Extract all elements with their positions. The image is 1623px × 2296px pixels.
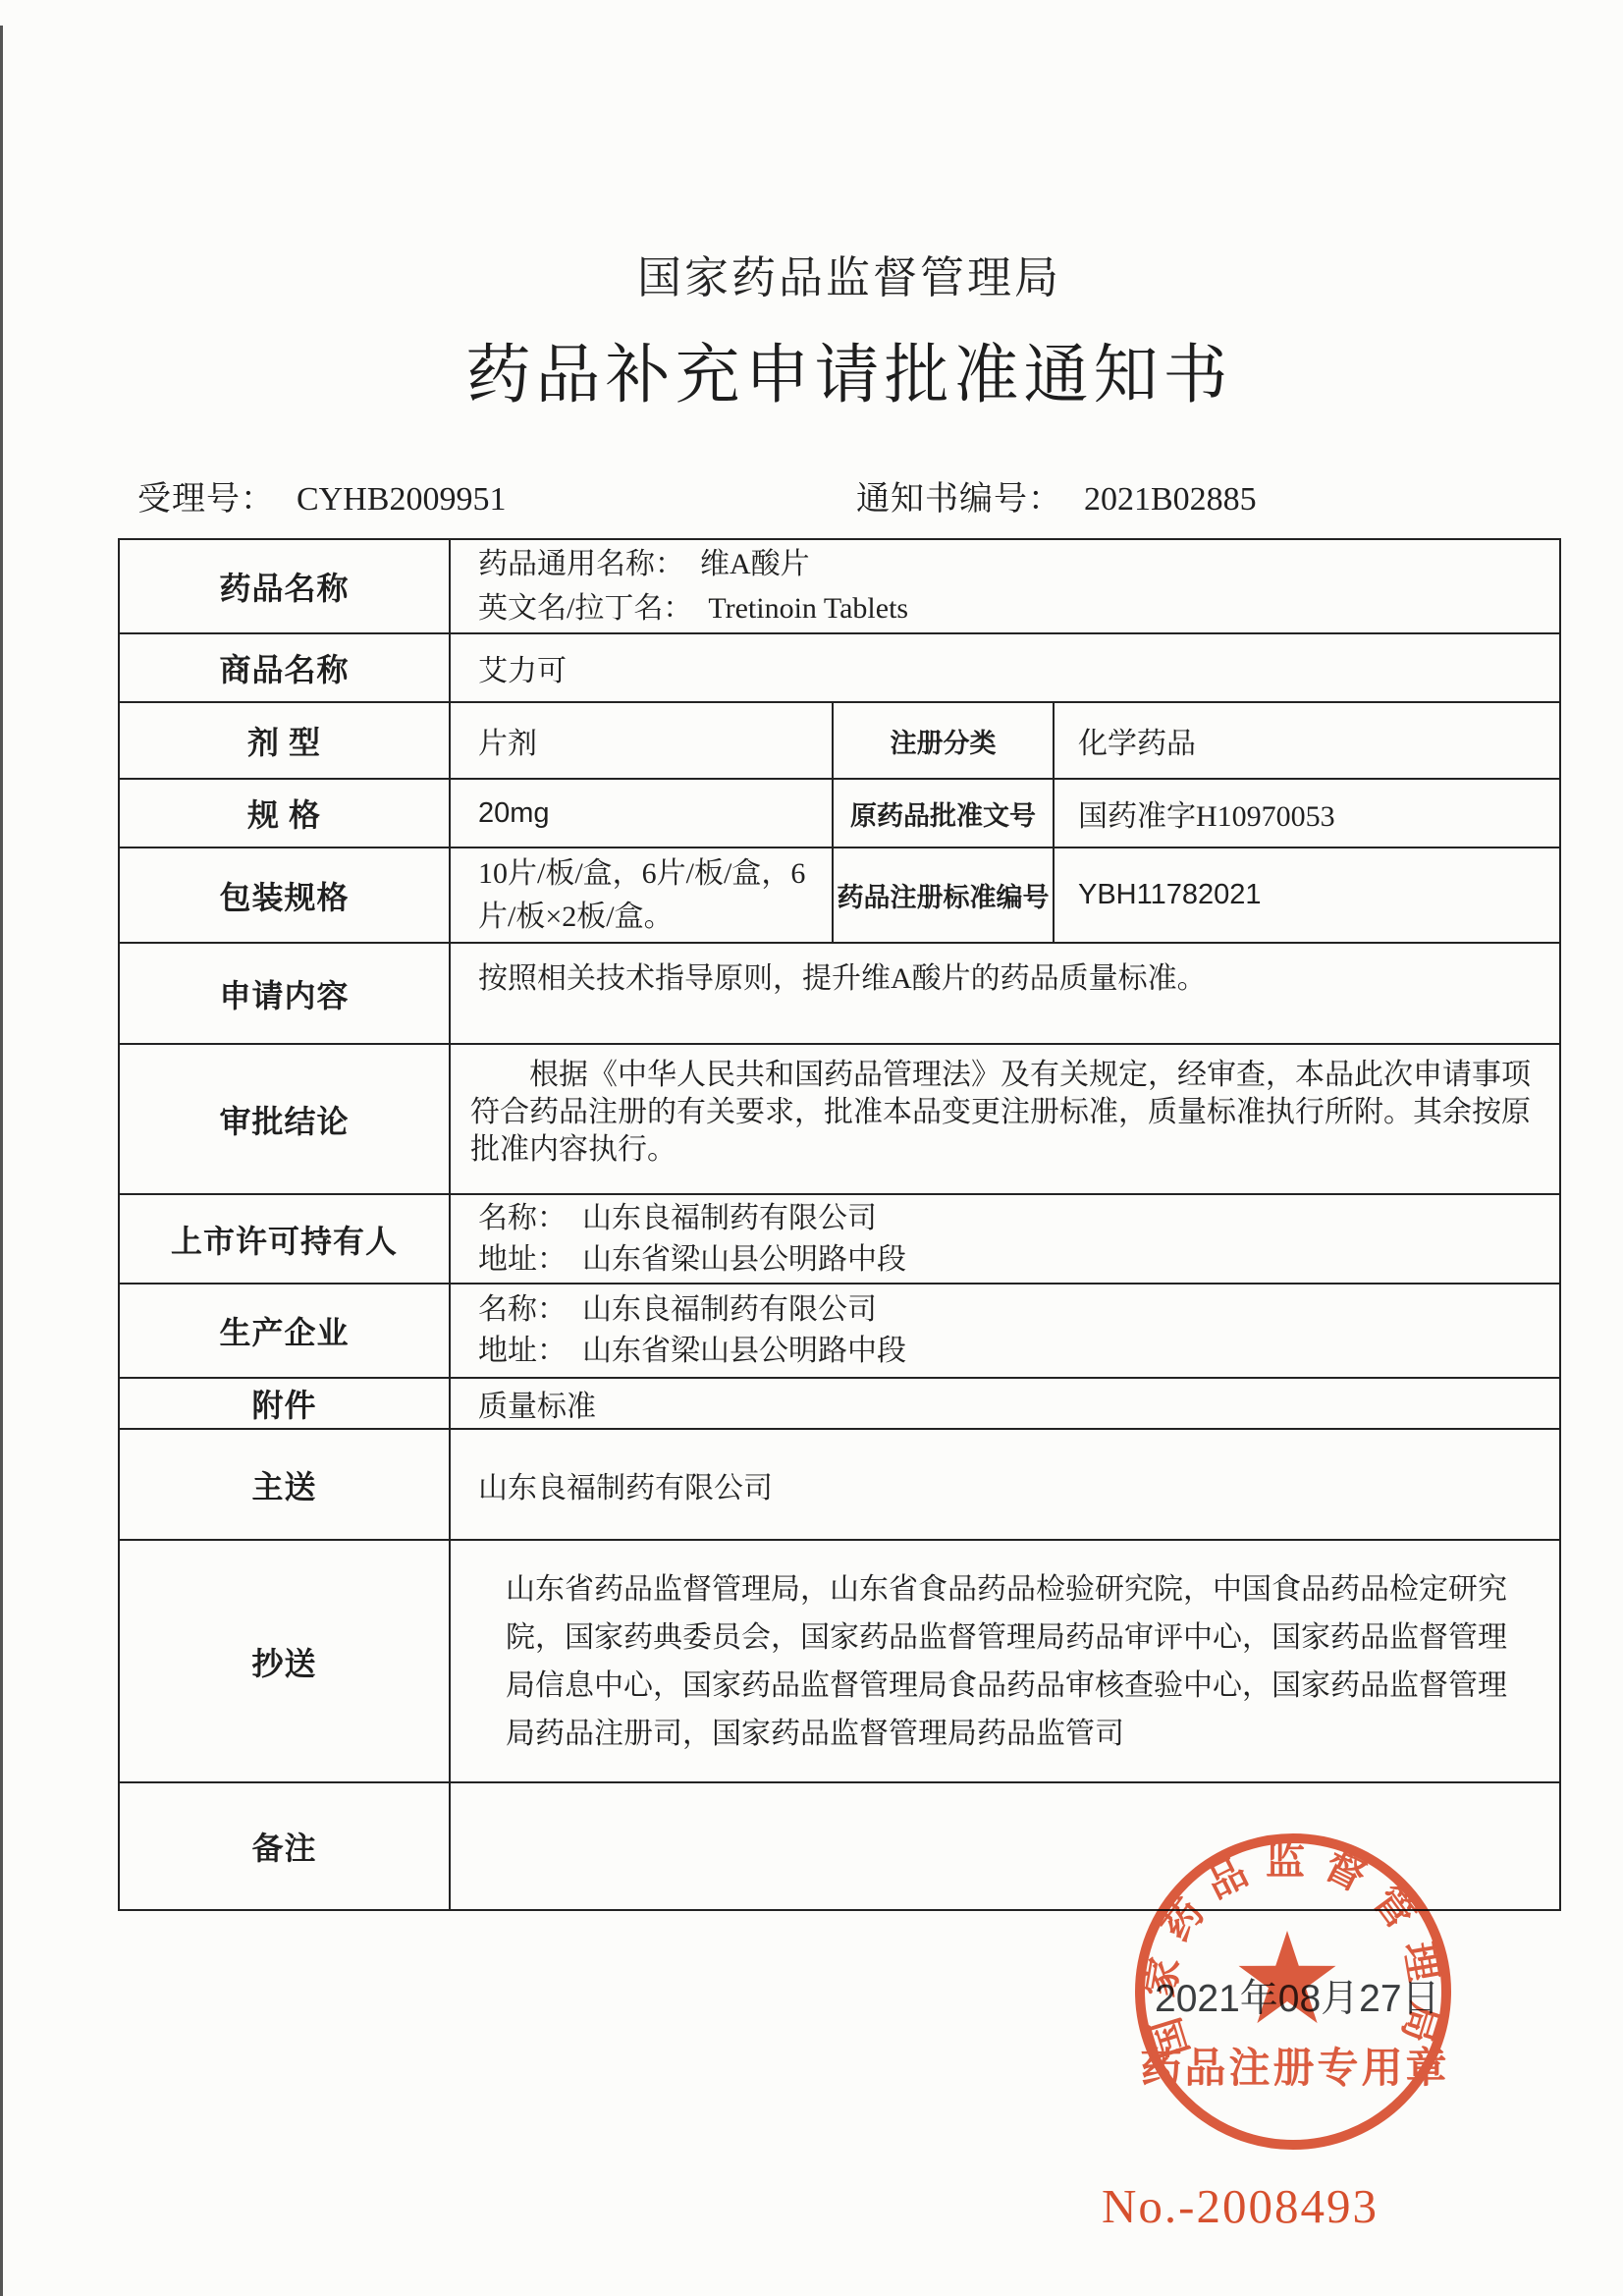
table-row-spec: 规 格 20mg 原药品批准文号 国药准字H10970053 <box>120 778 1559 847</box>
approval-conclusion-text: 根据《中华人民共和国药品管理法》及有关规定，经审查，本品此次申请事项符合药品注册… <box>451 1045 1559 1176</box>
license-holder-cell: 名称：山东良福制药有限公司 地址：山东省梁山县公明路中段 <box>449 1195 1559 1283</box>
attachment-label: 附件 <box>120 1379 449 1428</box>
notice-number-label: 通知书编号： <box>856 481 1062 518</box>
holder-addr-line: 地址：山东省梁山县公明路中段 <box>478 1239 906 1281</box>
original-approval-value: 国药准字H10970053 <box>1053 780 1559 847</box>
registration-standard-value: YBH11782021 <box>1053 848 1559 942</box>
spec-label: 规 格 <box>120 780 449 847</box>
table-row-trade-name: 商品名称 艾力可 <box>120 632 1559 701</box>
english-name-label: 英文名/拉丁名： <box>478 592 692 625</box>
registration-standard-label: 药品注册标准编号 <box>832 848 1053 942</box>
acceptance-number-label: 受理号： <box>137 481 275 518</box>
holder-name-label: 名称： <box>478 1202 567 1234</box>
attachment-value: 质量标准 <box>449 1379 1559 1428</box>
table-row-cc: 抄送 山东省药品监督管理局，山东省食品药品检验研究院，中国食品药品检定研究院，国… <box>120 1539 1559 1781</box>
holder-addr-value: 山东省梁山县公明路中段 <box>582 1243 906 1276</box>
table-row-main-recipient: 主送 山东良福制药有限公司 <box>120 1428 1559 1539</box>
license-holder-label: 上市许可持有人 <box>120 1195 449 1283</box>
trade-name-value: 艾力可 <box>449 634 1559 701</box>
trade-name-label: 商品名称 <box>120 634 449 701</box>
table-row-dosage-form: 剂 型 片剂 注册分类 化学药品 <box>120 701 1559 778</box>
document-serial-number: No.-2008493 <box>1102 2178 1379 2234</box>
main-recipient-value: 山东良福制药有限公司 <box>449 1430 1559 1539</box>
scan-edge-artifact <box>0 26 3 2296</box>
generic-name-line: 药品通用名称：维A酸片 <box>478 542 810 586</box>
cc-label: 抄送 <box>120 1541 449 1781</box>
manufacturer-name-label: 名称： <box>478 1293 567 1326</box>
manufacturer-name-value: 山东良福制药有限公司 <box>582 1293 877 1326</box>
acceptance-number-value: CYHB2009951 <box>297 481 506 518</box>
holder-name-line: 名称：山东良福制药有限公司 <box>478 1198 877 1239</box>
approval-conclusion-cell: 根据《中华人民共和国药品管理法》及有关规定，经审查，本品此次申请事项符合药品注册… <box>449 1045 1559 1193</box>
holder-name-value: 山东良福制药有限公司 <box>582 1202 877 1234</box>
approval-conclusion-label: 审批结论 <box>120 1045 449 1193</box>
manufacturer-label: 生产企业 <box>120 1285 449 1377</box>
table-row-license-holder: 上市许可持有人 名称：山东良福制药有限公司 地址：山东省梁山县公明路中段 <box>120 1193 1559 1283</box>
table-row-application-content: 申请内容 按照相关技术指导原则，提升维A酸片的药品质量标准。 <box>120 942 1559 1043</box>
table-row-package-spec: 包装规格 10片/板/盒，6片/板/盒，6片/板×2板/盒。 药品注册标准编号 … <box>120 847 1559 942</box>
english-name-line: 英文名/拉丁名：Tretinoin Tablets <box>478 586 908 630</box>
english-name-value: Tretinoin Tablets <box>708 592 908 625</box>
notice-number-line: 通知书编号：2021B02885 <box>856 471 1257 519</box>
registration-class-value: 化学药品 <box>1053 703 1559 778</box>
manufacturer-name-line: 名称：山东良福制药有限公司 <box>478 1289 877 1331</box>
manufacturer-addr-label: 地址： <box>478 1335 567 1367</box>
generic-name-label: 药品通用名称： <box>478 548 684 580</box>
manufacturer-addr-line: 地址：山东省梁山县公明路中段 <box>478 1331 906 1372</box>
drug-name-cell: 药品通用名称：维A酸片 英文名/拉丁名：Tretinoin Tablets <box>449 540 1559 632</box>
original-approval-label: 原药品批准文号 <box>832 780 1053 847</box>
application-content-value: 按照相关技术指导原则，提升维A酸片的药品质量标准。 <box>449 944 1559 1043</box>
table-row-manufacturer: 生产企业 名称：山东良福制药有限公司 地址：山东省梁山县公明路中段 <box>120 1283 1559 1377</box>
dosage-form-label: 剂 型 <box>120 703 449 778</box>
notice-number-value: 2021B02885 <box>1084 481 1257 518</box>
package-spec-value: 10片/板/盒，6片/板/盒，6片/板×2板/盒。 <box>449 848 832 942</box>
manufacturer-addr-value: 山东省梁山县公明路中段 <box>582 1335 906 1367</box>
application-content-label: 申请内容 <box>120 944 449 1043</box>
remarks-label: 备注 <box>120 1783 449 1909</box>
spec-value: 20mg <box>449 780 832 847</box>
table-row-drug-name: 药品名称 药品通用名称：维A酸片 英文名/拉丁名：Tretinoin Table… <box>120 540 1559 632</box>
holder-addr-label: 地址： <box>478 1243 567 1276</box>
approval-table: 药品名称 药品通用名称：维A酸片 英文名/拉丁名：Tretinoin Table… <box>118 538 1561 1911</box>
issuing-authority-title: 国家药品监督管理局 <box>128 242 1571 305</box>
table-row-approval-conclusion: 审批结论 根据《中华人民共和国药品管理法》及有关规定，经审查，本品此次申请事项符… <box>120 1043 1559 1193</box>
drug-name-label: 药品名称 <box>120 540 449 632</box>
dosage-form-value: 片剂 <box>449 703 832 778</box>
main-recipient-label: 主送 <box>120 1430 449 1539</box>
approval-date: 2021年08月27日 <box>1155 1968 1440 2023</box>
acceptance-number-line: 受理号：CYHB2009951 <box>137 471 506 519</box>
cc-cell: 山东省药品监督管理局，山东省食品药品检验研究院，中国食品药品检定研究院，国家药典… <box>449 1541 1559 1781</box>
generic-name-value: 维A酸片 <box>700 548 810 580</box>
package-spec-label: 包装规格 <box>120 848 449 942</box>
table-row-attachment: 附件 质量标准 <box>120 1377 1559 1428</box>
cc-text: 山东省药品监督管理局，山东省食品药品检验研究院，中国食品药品检定研究院，国家药典… <box>478 1565 1559 1758</box>
seal-type-text: 药品注册专用章 <box>1140 2045 1449 2092</box>
registration-class-label: 注册分类 <box>832 703 1053 778</box>
document-title: 药品补充申请批准通知书 <box>128 322 1571 415</box>
scanned-approval-document: 国家药品监督管理局 药品补充申请批准通知书 受理号：CYHB2009951 通知… <box>0 0 1623 2296</box>
manufacturer-cell: 名称：山东良福制药有限公司 地址：山东省梁山县公明路中段 <box>449 1285 1559 1377</box>
